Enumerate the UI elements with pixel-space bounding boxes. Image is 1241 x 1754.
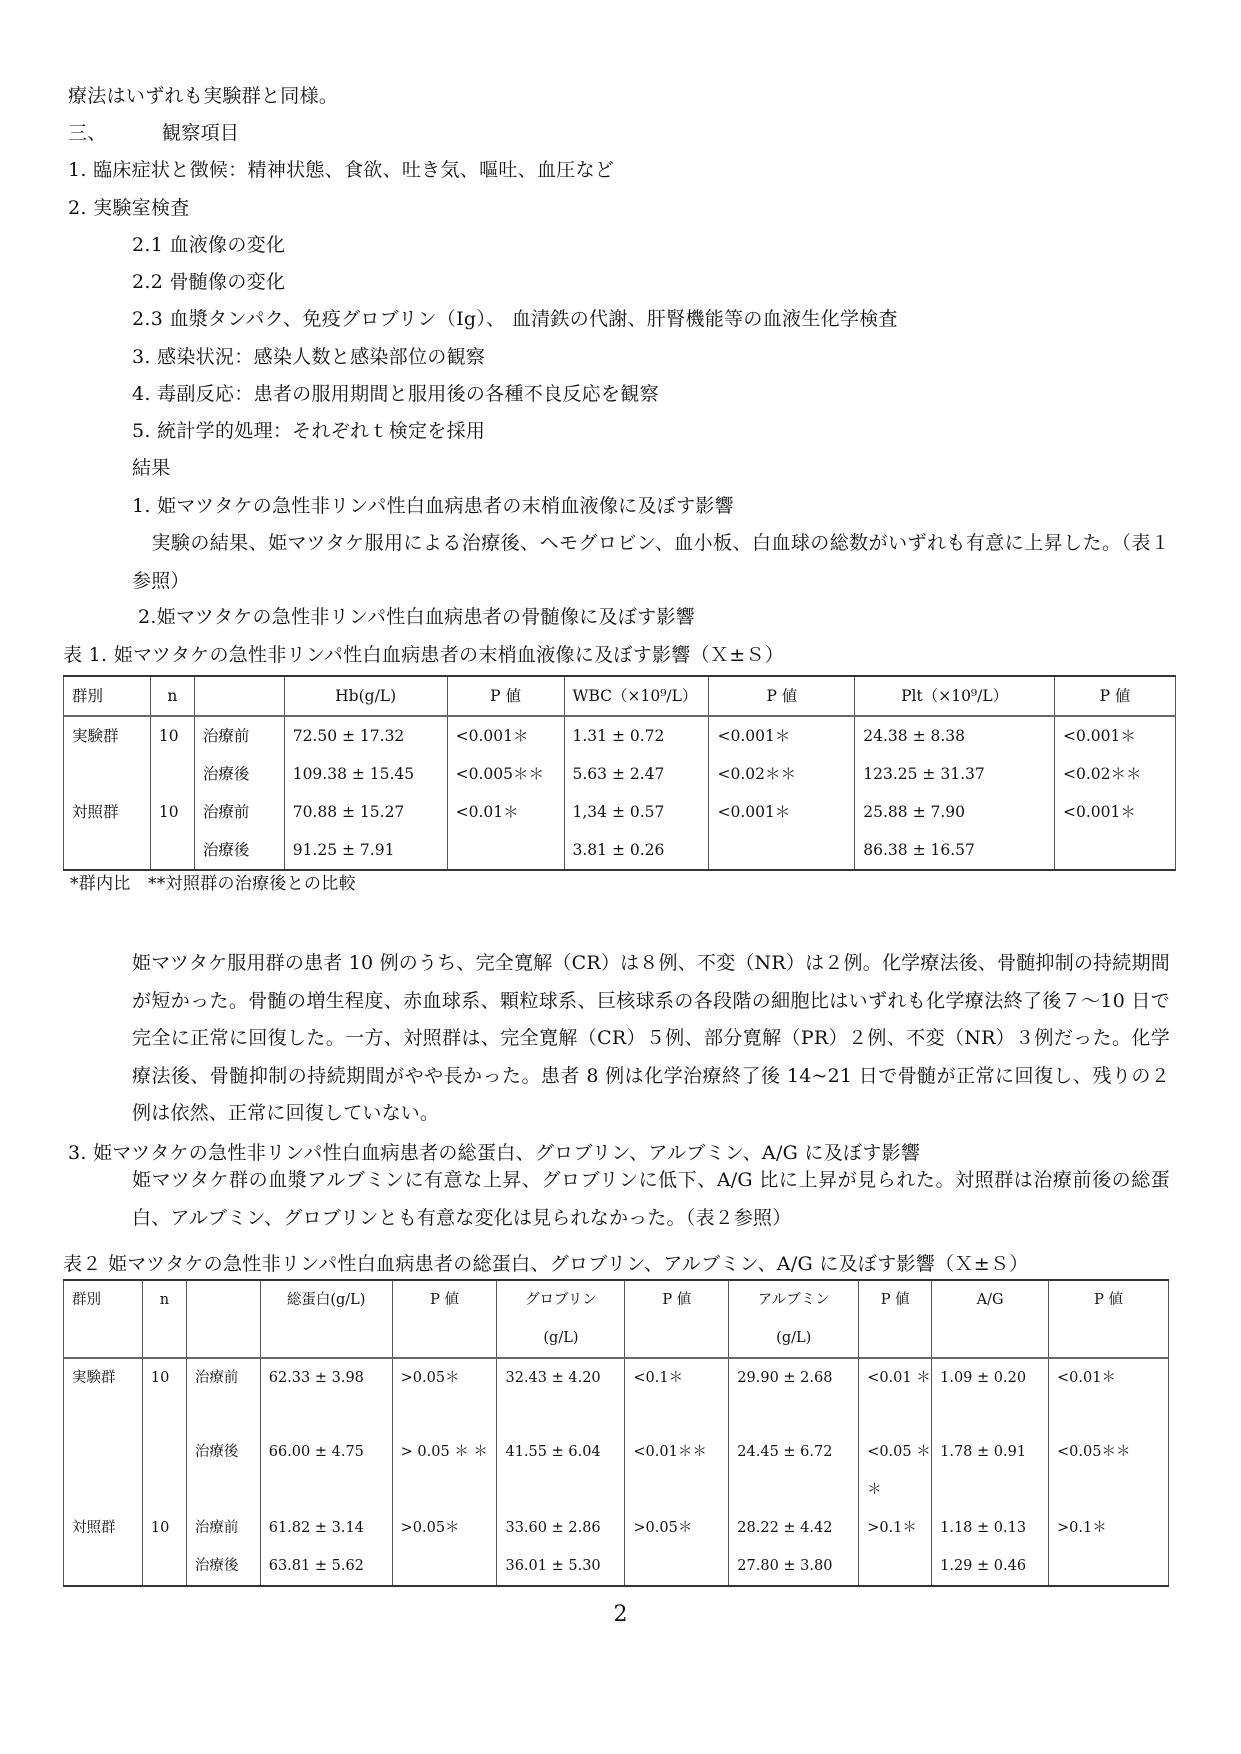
table-cell: 63.81 ± 5.62 [260,1547,392,1586]
table-cell: <0.001＊ [447,716,564,755]
table-cell: 対照群 [64,793,151,831]
header-cell: P 値 [859,1280,932,1358]
table-cell: 治療前 [186,1358,260,1433]
header-cell: P 値 [709,676,855,716]
table-cell [142,1433,186,1509]
table-cell: 72.50 ± 17.32 [284,716,447,755]
table-cell: >0.05＊ [392,1358,497,1433]
table-cell: 1.29 ± 0.46 [932,1547,1049,1586]
table-row: 対照群 10 治療前 70.88 ± 15.27 <0.01＊ 1,34 ± 0… [64,793,1176,831]
table-protein: 群別 n 総蛋白(g/L) P 値 グロブリン (g/L) P 値 アルブミン … [63,1279,1169,1587]
header-cell: 群別 [64,676,151,716]
header-cell: P 値 [392,1280,497,1358]
table-cell: 1.18 ± 0.13 [932,1509,1049,1547]
table-cell: 治療後 [186,1433,260,1509]
table-cell [150,755,194,793]
paragraph: 姫マツタケ群の血漿アルブミンに有意な上昇、グロブリンに低下、A/G 比に上昇が見… [132,1162,1170,1237]
table-cell: 28.22 ± 4.42 [729,1509,859,1547]
section-heading: 観察項目 [162,121,239,145]
table-cell: <0.01＊ [1049,1358,1169,1433]
header-cell: P 値 [625,1280,729,1358]
table-cell: 対照群 [64,1509,143,1547]
table-cell: 治療後 [194,755,284,793]
table-cell: <0.01＊＊ [625,1433,729,1509]
table-cell: >0.1＊ [1049,1509,1169,1547]
sub-item: 3. 感染状況：感染人数と感染部位の観察 [132,345,485,369]
table-cell: 10 [150,716,194,755]
sub-item: 4. 毒副反応：患者の服用期間と服用後の各種不良反応を観察 [132,382,659,406]
header-cell: Plt（×10⁹/L） [855,676,1055,716]
table-cell: 24.45 ± 6.72 [729,1433,859,1509]
table-cell: 61.82 ± 3.14 [260,1509,392,1547]
table-cell: 1.31 ± 0.72 [564,716,709,755]
paragraph: 実験の結果、姫マツタケ服用による治療後、ヘモグロビン、血小板、白血球の総数がいず… [132,525,1170,600]
table-cell [64,755,151,793]
table-cell: 70.88 ± 15.27 [284,793,447,831]
table-cell: 25.88 ± 7.90 [855,793,1055,831]
table-cell: 27.80 ± 3.80 [729,1547,859,1586]
header-cell: n [142,1280,186,1358]
table-row: 治療後 91.25 ± 7.91 3.81 ± 0.26 86.38 ± 16.… [64,831,1176,870]
table-cell: <0.05 ＊＊ [859,1433,932,1509]
table-cell: <0.001＊ [1055,716,1176,755]
table-cell: <0.01＊ [447,793,564,831]
table-cell: 1.78 ± 0.91 [932,1433,1049,1509]
table-cell: <0.02＊＊ [709,755,855,793]
sub-item: 2.1 血液像の変化 [132,233,285,257]
table-cell: <0.01 ＊ [859,1358,932,1433]
header-cell: Hb(g/L) [284,676,447,716]
table-row: 対照群 10 治療前 61.82 ± 3.14 >0.05＊ 33.60 ± 2… [64,1509,1169,1547]
table-cell: 1,34 ± 0.57 [564,793,709,831]
list-item: 1. 臨床症状と徴候：精神状態、食欲、吐き気、嘔吐、血圧など [68,158,614,182]
table-cell [392,1547,497,1586]
header-cell: 総蛋白(g/L) [260,1280,392,1358]
table-cell [64,1433,143,1509]
sub-item: 2.3 血漿タンパク、免疫グロブリン（Ig）、 血清鉄の代謝、肝腎機能等の血液生… [132,307,898,331]
table-cell [64,1547,143,1586]
table-cell: 62.33 ± 3.98 [260,1358,392,1433]
table-cell: 1.09 ± 0.20 [932,1358,1049,1433]
header-cell: アルブミン (g/L) [729,1280,859,1358]
header-cell: P 値 [1049,1280,1169,1358]
table-blood-picture: 群別 n Hb(g/L) P 値 WBC（×10⁹/L） P 値 Plt（×10… [63,675,1176,871]
table-cell: <0.001＊ [1055,793,1176,831]
results-subheading: 1. 姫マツタケの急性非リンパ性白血病患者の末梢血液像に及ぼす影響 [132,494,734,518]
table-cell [447,831,564,870]
header-cell: P 値 [1055,676,1176,716]
header-cell [194,676,284,716]
table-cell [1055,831,1176,870]
table-cell: 123.25 ± 31.37 [855,755,1055,793]
header-cell: P 値 [447,676,564,716]
table-cell: 5.63 ± 2.47 [564,755,709,793]
table-caption: 表２ 姫マツタケの急性非リンパ性白血病患者の総蛋白、グロブリン、アルブミン、A/… [63,1252,1029,1276]
table-cell: 実験群 [64,716,151,755]
header-cell: n [150,676,194,716]
table-cell: >0.1＊ [859,1509,932,1547]
table-cell: <0.05＊＊ [1049,1433,1169,1509]
header-cell: 群別 [64,1280,143,1358]
table-cell: 41.55 ± 6.04 [497,1433,625,1509]
table-cell [859,1547,932,1586]
table-cell [142,1547,186,1586]
header-cell [186,1280,260,1358]
table-row: 治療後 109.38 ± 15.45 <0.005＊＊ 5.63 ± 2.47 … [64,755,1176,793]
table-cell: 66.00 ± 4.75 [260,1433,392,1509]
table-cell [1049,1547,1169,1586]
list-item: 2. 実験室検査 [68,196,190,220]
table-cell: 10 [142,1509,186,1547]
table-cell: 治療前 [186,1509,260,1547]
table-cell: <0.001＊ [709,793,855,831]
table-cell: >0.05＊ [392,1509,497,1547]
text-line: 療法はいずれも実験群と同様。 [68,84,338,108]
table-cell [64,831,151,870]
table-header-row: 群別 n 総蛋白(g/L) P 値 グロブリン (g/L) P 値 アルブミン … [64,1280,1169,1358]
table-header-row: 群別 n Hb(g/L) P 値 WBC（×10⁹/L） P 値 Plt（×10… [64,676,1176,716]
sub-item: 2.2 骨髄像の変化 [132,270,285,294]
sub-item: 5. 統計学的処理：それぞれｔ検定を採用 [132,419,485,443]
section-number: 三、 [68,121,107,145]
table-cell: 10 [150,793,194,831]
header-cell: A/G [932,1280,1049,1358]
table-cell: 24.38 ± 8.38 [855,716,1055,755]
table-cell: 29.90 ± 2.68 [729,1358,859,1433]
table-row: 治療後 66.00 ± 4.75 > 0.05 ＊ ＊ 41.55 ± 6.04… [64,1433,1169,1509]
table-cell: 実験群 [64,1358,143,1433]
table-cell: 10 [142,1358,186,1433]
results-subheading: 2.姫マツタケの急性非リンパ性白血病患者の骨髄像に及ぼす影響 [138,605,695,629]
header-cell: グロブリン (g/L) [497,1280,625,1358]
table-cell: 86.38 ± 16.57 [855,831,1055,870]
table-cell: 治療後 [186,1547,260,1586]
results-heading: 結果 [132,456,171,480]
table-cell: <0.005＊＊ [447,755,564,793]
table-cell: > 0.05 ＊ ＊ [392,1433,497,1509]
table-row: 治療後 63.81 ± 5.62 36.01 ± 5.30 27.80 ± 3.… [64,1547,1169,1586]
table-cell: 治療後 [194,831,284,870]
table-cell: 3.81 ± 0.26 [564,831,709,870]
table-cell: <0.1＊ [625,1358,729,1433]
table-cell [625,1547,729,1586]
table-cell: 治療前 [194,793,284,831]
table-cell [709,831,855,870]
header-cell: WBC（×10⁹/L） [564,676,709,716]
table-row: 実験群 10 治療前 62.33 ± 3.98 >0.05＊ 32.43 ± 4… [64,1358,1169,1433]
table-caption: 表 1. 姫マツタケの急性非リンパ性白血病患者の末梢血液像に及ぼす影響（Ｘ±Ｓ） [63,643,784,667]
table-cell [150,831,194,870]
table-cell: <0.02＊＊ [1055,755,1176,793]
table-cell: 32.43 ± 4.20 [497,1358,625,1433]
table-cell: 91.25 ± 7.91 [284,831,447,870]
paragraph: 姫マツタケ服用群の患者 10 例のうち、完全寛解（CR）は８例、不変（NR）は２… [132,945,1170,1133]
table-row: 実験群 10 治療前 72.50 ± 17.32 <0.001＊ 1.31 ± … [64,716,1176,755]
table-footnote: *群内比 **対照群の治療後との比較 [70,872,356,896]
table-cell: 109.38 ± 15.45 [284,755,447,793]
table-cell: >0.05＊ [625,1509,729,1547]
page-number: 2 [0,1602,1241,1627]
table-cell: 33.60 ± 2.86 [497,1509,625,1547]
table-cell: 36.01 ± 5.30 [497,1547,625,1586]
table-cell: <0.001＊ [709,716,855,755]
table-cell: 治療前 [194,716,284,755]
